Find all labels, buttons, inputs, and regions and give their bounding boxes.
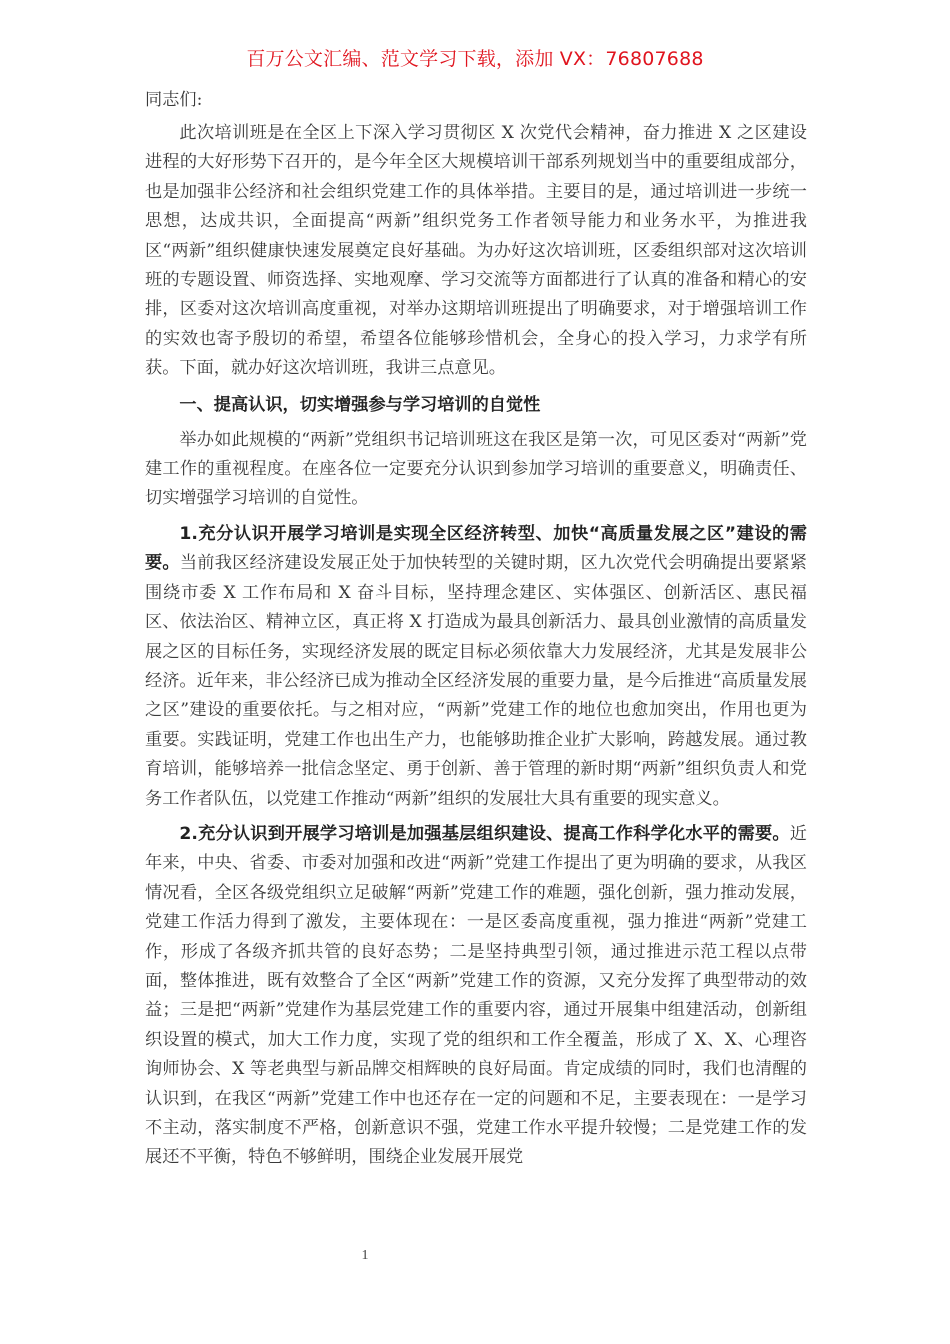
point-2-lead: 2.充分认识到开展学习培训是加强基层组织建设、提高工作科学化水平的需要。 bbox=[179, 824, 789, 844]
intro-paragraph: 此次培训班是在全区上下深入学习贯彻区 X 次党代会精神，奋力推进 X 之区建设进… bbox=[145, 119, 807, 384]
section-1-paragraph: 举办如此规模的“两新”党组织书记培训班这在我区是第一次，可见区委对“两新”党建工… bbox=[145, 426, 807, 514]
point-2-body: 近年来，中央、省委、市委对加强和改进“两新”党建工作提出了更为明确的要求，从我区… bbox=[145, 824, 807, 1167]
document-page: 百万公文汇编、范文学习下载，添加 VX：76807688 同志们: 此次培训班是… bbox=[0, 0, 950, 1344]
salutation: 同志们: bbox=[145, 85, 807, 115]
point-2-paragraph: 2.充分认识到开展学习培训是加强基层组织建设、提高工作科学化水平的需要。近年来，… bbox=[145, 820, 807, 1173]
promo-banner: 百万公文汇编、范文学习下载，添加 VX：76807688 bbox=[0, 44, 950, 74]
point-1-body: 当前我区经济建设发展正处于加快转型的关键时期，区九次党代会明确提出要紧紧围绕市委… bbox=[145, 553, 807, 808]
page-number: 1 bbox=[355, 1248, 375, 1264]
document-body: 同志们: 此次培训班是在全区上下深入学习贯彻区 X 次党代会精神，奋力推进 X … bbox=[145, 85, 807, 1173]
point-1-paragraph: 1.充分认识开展学习培训是实现全区经济转型、加快“高质量发展之区”建设的需要。当… bbox=[145, 520, 807, 814]
section-1-heading: 一、提高认识，切实增强参与学习培训的自觉性 bbox=[145, 390, 807, 420]
